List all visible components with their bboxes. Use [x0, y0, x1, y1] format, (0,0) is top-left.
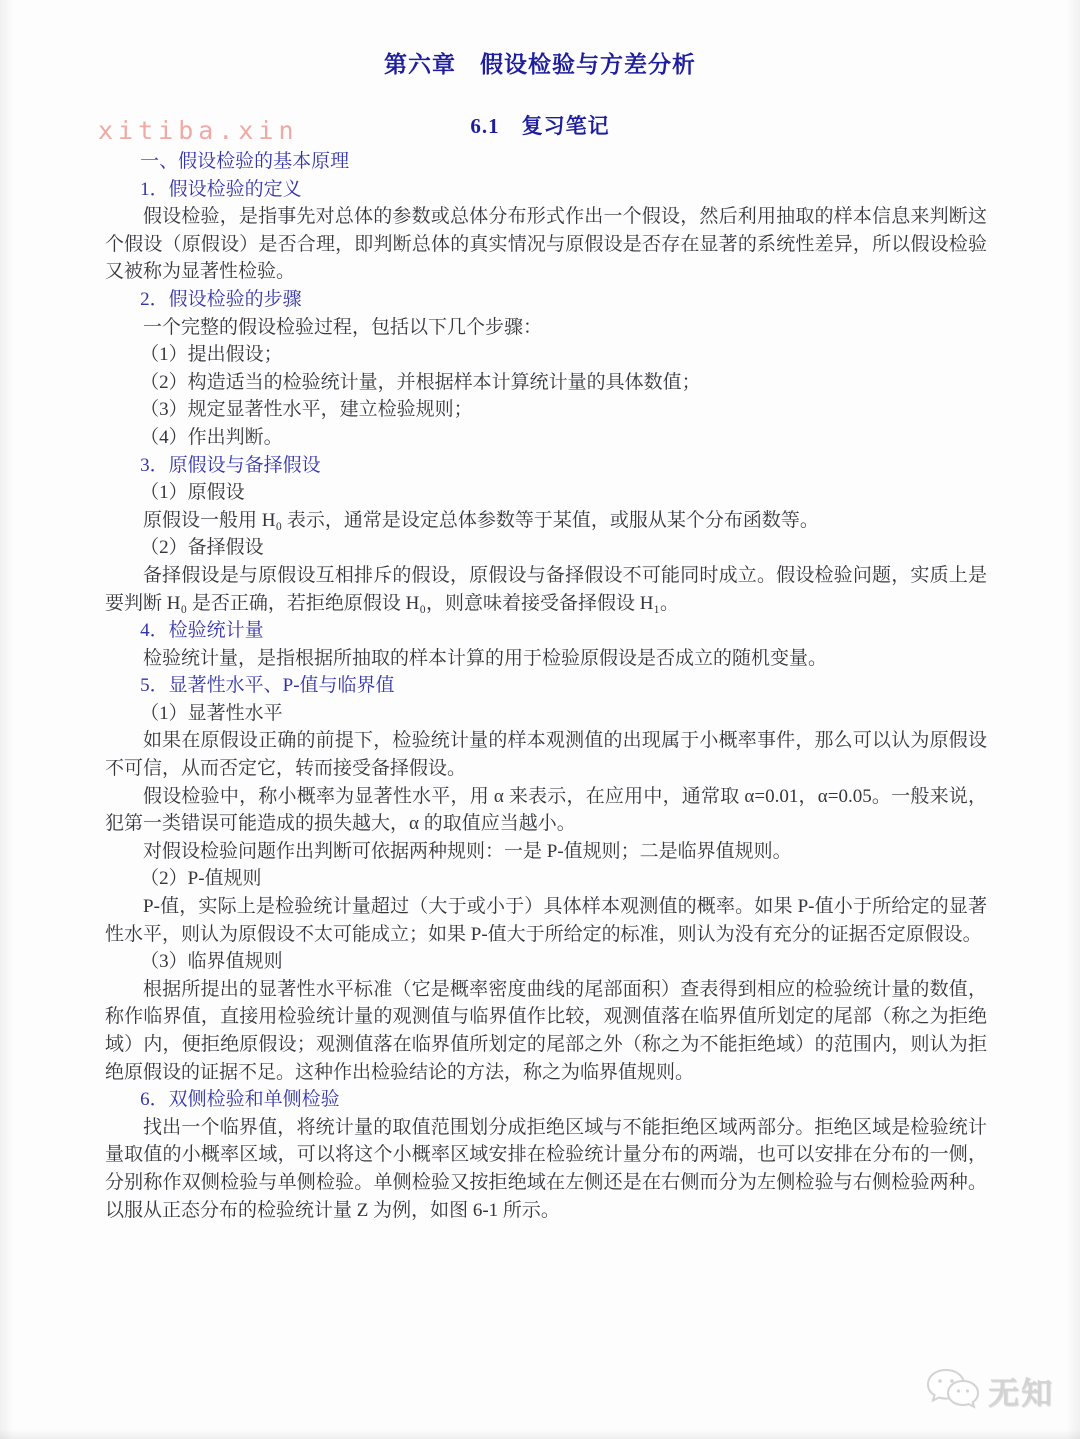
- numbered-heading: 5．显著性水平、P-值与临界值: [105, 672, 987, 700]
- paragraph: 检验统计量，是指根据所抽取的样本计算的用于检验原假设是否成立的随机变量。: [105, 645, 987, 673]
- paragraph: 根据所提出的显著性水平标准（它是概率密度曲线的尾部面积）查表得到相应的检验统计量…: [105, 976, 987, 1086]
- list-item: （4）作出判断。: [105, 424, 987, 452]
- paragraph: 找出一个临界值，将统计量的取值范围划分成拒绝区域与不能拒绝区域两部分。拒绝区域是…: [105, 1114, 987, 1224]
- list-item: （1）提出假设；: [105, 341, 987, 369]
- numbered-heading: 6．双侧检验和单侧检验: [105, 1086, 987, 1114]
- paragraph: 备择假设是与原假设互相排斥的假设，原假设与备择假设不可能同时成立。假设检验问题，…: [105, 562, 987, 617]
- numbered-heading: 2．假设检验的步骤: [105, 286, 987, 314]
- paragraph: 假设检验中，称小概率为显著性水平，用 α 来表示，在应用中，通常取 α=0.01…: [105, 783, 987, 838]
- list-item: （1）显著性水平: [105, 700, 987, 728]
- paragraph: 对假设检验问题作出判断可依据两种规则：一是 P-值规则；二是临界值规则。: [105, 838, 987, 866]
- section-heading: 一、假设检验的基本原理: [105, 148, 987, 176]
- publisher-logo-text: 无知: [988, 1368, 1054, 1413]
- numbered-heading: 3．原假设与备择假设: [105, 452, 987, 480]
- list-item: （2）P-值规则: [105, 865, 987, 893]
- watermark: xitiba.xin: [98, 116, 299, 145]
- paragraph: 原假设一般用 H₀ 表示，通常是设定总体参数等于某值，或服从某个分布函数等。: [105, 507, 987, 535]
- paragraph: 一个完整的假设检验过程，包括以下几个步骤：: [105, 314, 987, 342]
- list-item: （1）原假设: [105, 479, 987, 507]
- document-page: 第六章 假设检验与方差分析 6.1 复习笔记 xitiba.xin 一、假设检验…: [0, 0, 1080, 1439]
- numbered-heading: 4．检验统计量: [105, 617, 987, 645]
- numbered-heading: 1．假设检验的定义: [105, 176, 987, 204]
- publisher-logo: 无知: [926, 1367, 1054, 1413]
- paragraph: P-值，实际上是检验统计量超过（大于或小于）具体样本观测值的概率。如果 P-值小…: [105, 893, 987, 948]
- paragraph: 假设检验，是指事先对总体的参数或总体分布形式作出一个假设，然后利用抽取的样本信息…: [105, 203, 987, 286]
- list-item: （3）规定显著性水平，建立检验规则；: [105, 396, 987, 424]
- document-body: 一、假设检验的基本原理1．假设检验的定义假设检验，是指事先对总体的参数或总体分布…: [105, 148, 987, 1224]
- wechat-icon: [926, 1367, 980, 1413]
- chapter-title: 第六章 假设检验与方差分析: [0, 0, 1080, 79]
- list-item: （2）构造适当的检验统计量，并根据样本计算统计量的具体数值；: [105, 369, 987, 397]
- list-item: （2）备择假设: [105, 534, 987, 562]
- list-item: （3）临界值规则: [105, 948, 987, 976]
- paragraph: 如果在原假设正确的前提下，检验统计量的样本观测值的出现属于小概率事件，那么可以认…: [105, 727, 987, 782]
